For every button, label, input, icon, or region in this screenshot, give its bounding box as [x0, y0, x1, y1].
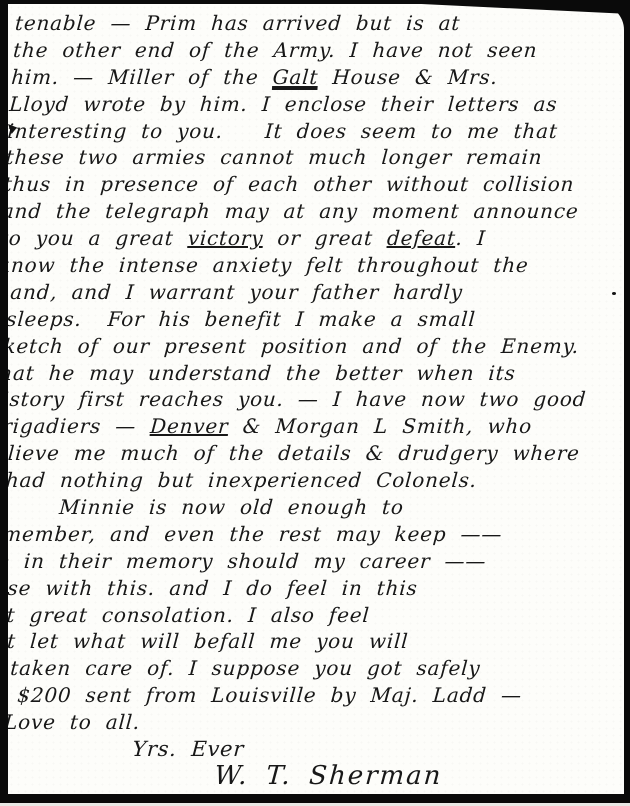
- line-text: to you a great: [0, 226, 189, 250]
- letter-line: him. — Miller of the Galt House & Mrs.: [10, 64, 612, 91]
- underlined-word: Galt: [272, 65, 319, 89]
- letter-line: that let what will befall me you will: [0, 628, 573, 655]
- letter-line: me in their memory should my career ——: [0, 548, 578, 575]
- scan-border-left: [0, 0, 8, 806]
- letter-line: and the telegraph may at any moment anno…: [1, 198, 603, 225]
- line-text: It does seem to me that: [264, 119, 558, 143]
- scan-border-bottom: [0, 794, 630, 803]
- line-text: Love to all.: [3, 710, 141, 734]
- line-text: Minnie is now old enough to: [58, 495, 404, 519]
- letter-line: relieve me much of the details & drudger…: [0, 440, 586, 467]
- line-text: Lloyd wrote by him. I enclose their lett…: [9, 92, 559, 116]
- line-text: Brigadiers —: [0, 414, 151, 438]
- line-text: that he may understand the better when i…: [0, 361, 517, 385]
- letter-line: know the intense anxiety felt throughout…: [0, 252, 599, 279]
- line-text: me in their memory should my career ——: [0, 549, 487, 573]
- line-text: fact great consolation. I also feel: [0, 603, 371, 627]
- line-text: interesting to you.: [7, 119, 224, 143]
- line-text: know the intense anxiety felt throughout…: [0, 253, 530, 277]
- letter-line: the $200 sent from Louisville by Maj. La…: [0, 682, 569, 709]
- letter-line: to you a great victory or great defeat. …: [0, 225, 601, 252]
- letter-line: history first reaches you. — I have now …: [0, 386, 590, 413]
- underlined-word: defeat: [386, 226, 456, 250]
- letter-line: sketch of our present position and of th…: [0, 333, 593, 360]
- letter-line: remember, and even the rest may keep ——: [0, 521, 580, 548]
- line-text: the other end of the Army. I have not se…: [12, 38, 538, 62]
- line-text: I had nothing but inexperienced Colonels…: [0, 468, 478, 492]
- line-text: remember, and even the rest may keep ——: [0, 522, 503, 546]
- letter-line: Brigadiers — Denver & Morgan L Smith, wh…: [0, 413, 588, 440]
- line-text: or great: [262, 226, 388, 250]
- letter-line: Lloyd wrote by him. I enclose their lett…: [8, 91, 610, 118]
- line-text: Land, and I warrant your father hardly: [0, 280, 464, 304]
- letter-line: fact great consolation. I also feel: [0, 602, 575, 629]
- scanned-letter-page: tenable — Prim has arrived but is at the…: [0, 0, 630, 806]
- letter-line: Minnie is now old enough to: [58, 494, 582, 521]
- letter-line: sleeps.For his benefit I make a small: [5, 306, 595, 333]
- signature-text: W. T. Sherman: [213, 761, 443, 791]
- letter-line: tenable — Prim has arrived but is at: [14, 10, 616, 37]
- letter-body: tenable — Prim has arrived but is at the…: [0, 10, 616, 790]
- line-text: him. — Miller of the: [10, 65, 273, 89]
- letter-line: the other end of the Army. I have not se…: [12, 37, 614, 64]
- line-text: history first reaches you. — I have now …: [0, 387, 587, 411]
- line-text: that let what will befall me you will: [0, 629, 409, 653]
- line-text: thus in presence of each other without c…: [3, 172, 575, 196]
- scan-border-right: [624, 0, 630, 806]
- letter-line: Land, and I warrant your father hardly: [0, 279, 597, 306]
- letter-line: be taken care of. I suppose you got safe…: [0, 655, 571, 682]
- letter-line: close with this. and I do feel in this: [0, 575, 577, 602]
- line-text: these two armies cannot much longer rema…: [5, 145, 543, 169]
- underlined-word: Denver: [149, 414, 229, 438]
- line-text: sketch of our present position and of th…: [0, 334, 580, 358]
- letter-line: Love to all.: [3, 709, 567, 736]
- line-text: . I: [455, 226, 487, 250]
- letter-line: I had nothing but inexperienced Colonels…: [0, 467, 584, 494]
- line-text: close with this. and I do feel in this: [0, 576, 418, 600]
- line-text: House & Mrs.: [317, 65, 498, 89]
- line-text: sleeps.: [6, 307, 83, 331]
- signature: W. T. Sherman: [213, 763, 563, 790]
- letter-line: thus in presence of each other without c…: [3, 171, 605, 198]
- underlined-word: victory: [187, 226, 264, 250]
- line-text: relieve me much of the details & drudger…: [0, 441, 581, 465]
- letter-line: interesting to you.It does seem to me th…: [7, 118, 609, 145]
- line-text: For his benefit I make a small: [107, 307, 477, 331]
- letter-line: that he may understand the better when i…: [0, 360, 592, 387]
- letter-closing: Yrs. Ever: [131, 736, 565, 763]
- line-text: be taken care of. I suppose you got safe…: [0, 656, 481, 680]
- line-text: the $200 sent from Louisville by Maj. La…: [0, 683, 523, 707]
- line-text: and the telegraph may at any moment anno…: [1, 199, 579, 223]
- line-text: & Morgan L Smith, who: [228, 414, 533, 438]
- scan-artifact: [612, 292, 616, 295]
- letter-line: these two armies cannot much longer rema…: [5, 144, 607, 171]
- line-text: tenable — Prim has arrived but is at: [14, 11, 461, 35]
- line-text: Yrs. Ever: [131, 737, 245, 761]
